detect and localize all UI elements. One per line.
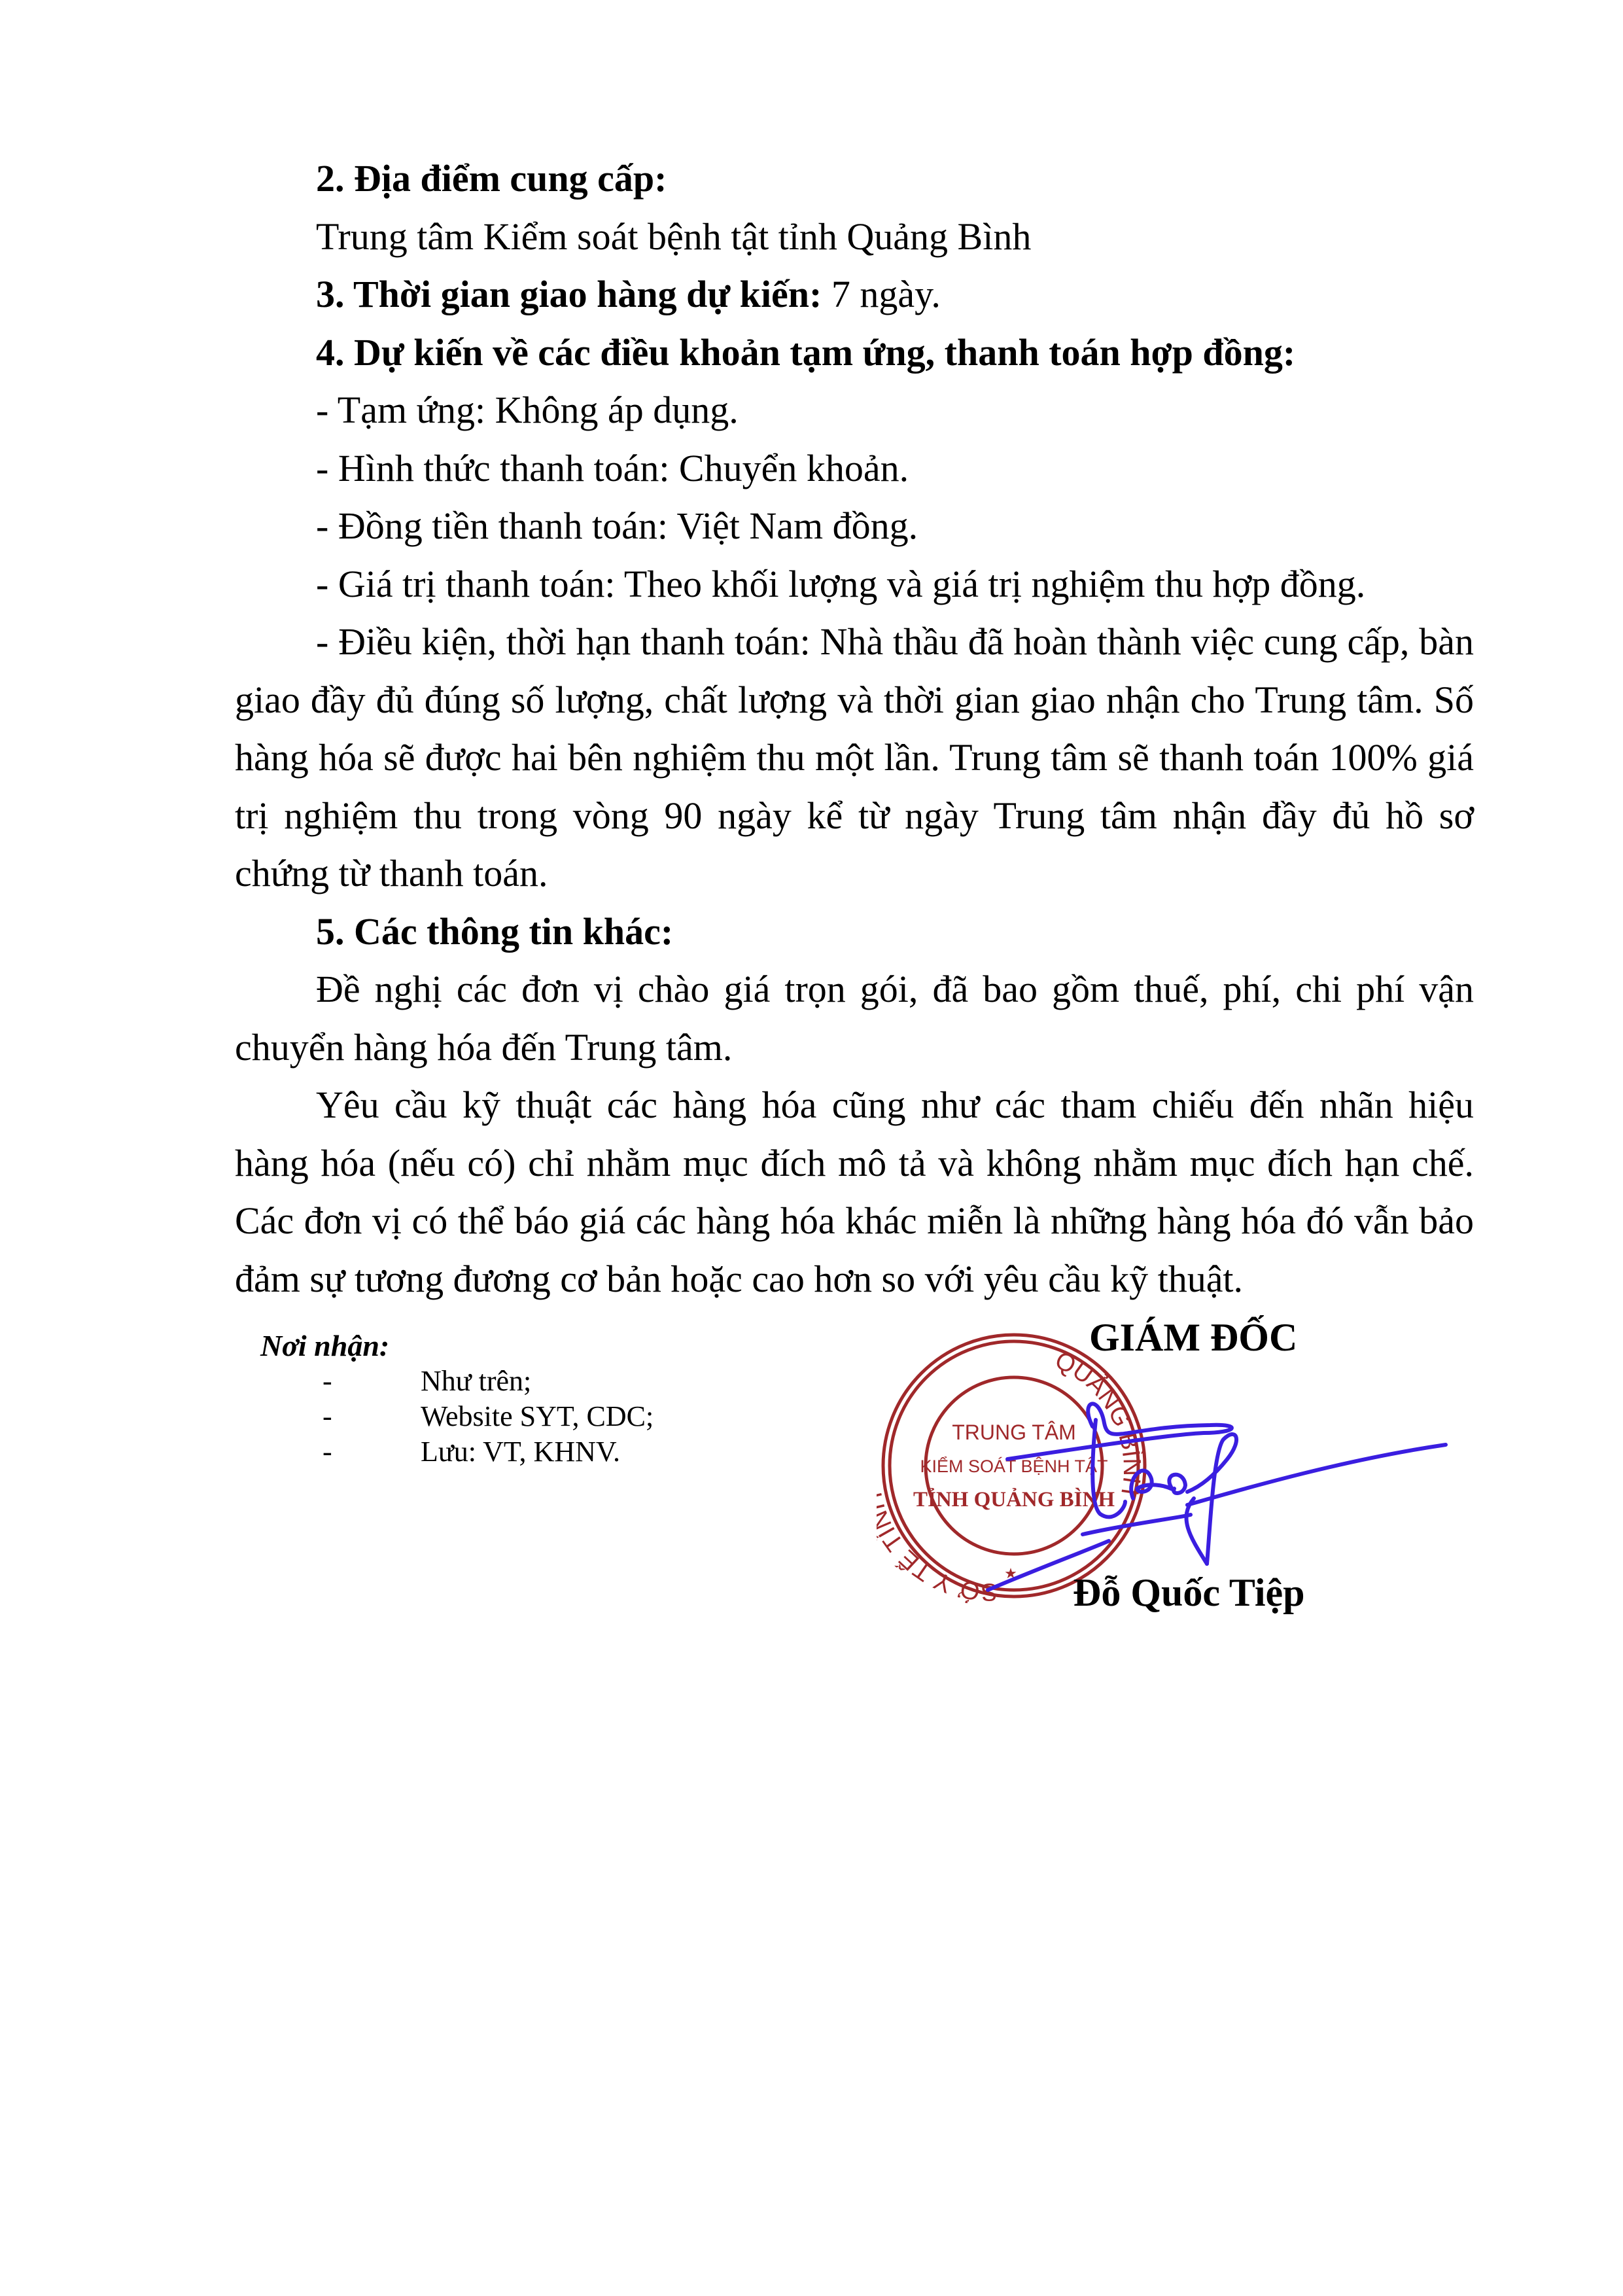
recipients-block: Nơi nhận: -Như trên; -Website SYT, CDC; …	[260, 1328, 654, 1470]
payment-conditions: - Điều kiện, thời hạn thanh toán: Nhà th…	[235, 613, 1474, 903]
signer-name: Đỗ Quốc Tiệp	[1073, 1570, 1305, 1616]
recipients-title: Nơi nhận:	[260, 1328, 654, 1364]
section-2-heading: 2. Địa điểm cung cấp:	[316, 156, 667, 202]
signature-scribble-icon	[929, 1354, 1518, 1603]
document-page: 2. Địa điểm cung cấp: Trung tâm Kiểm soá…	[0, 0, 1623, 2296]
section-3-value: 7 ngày.	[822, 273, 940, 315]
recipient-item: -Lưu: VT, KHNV.	[260, 1434, 654, 1470]
payment-item: - Hình thức thanh toán: Chuyển khoản.	[316, 446, 909, 491]
section-3-heading: 3. Thời gian giao hàng dự kiến:	[316, 273, 822, 315]
payment-item: - Đồng tiền thanh toán: Việt Nam đồng.	[316, 503, 918, 549]
section-5-para-2: Yêu cầu kỹ thuật các hàng hóa cũng như c…	[235, 1076, 1474, 1308]
section-5-heading: 5. Các thông tin khác:	[316, 909, 673, 955]
section-5-para-1: Đề nghị các đơn vị chào giá trọn gói, đã…	[235, 961, 1474, 1076]
payment-item: - Giá trị thanh toán: Theo khối lượng và…	[316, 561, 1365, 607]
recipient-item: -Website SYT, CDC;	[260, 1399, 654, 1434]
payment-item: - Tạm ứng: Không áp dụng.	[316, 387, 739, 433]
recipient-item: -Như trên;	[260, 1364, 654, 1399]
section-4-heading: 4. Dự kiến về các điều khoản tạm ứng, th…	[316, 330, 1295, 376]
section-2-text: Trung tâm Kiểm soát bệnh tật tỉnh Quảng …	[316, 214, 1031, 260]
section-3: 3. Thời gian giao hàng dự kiến: 7 ngày.	[316, 272, 941, 317]
